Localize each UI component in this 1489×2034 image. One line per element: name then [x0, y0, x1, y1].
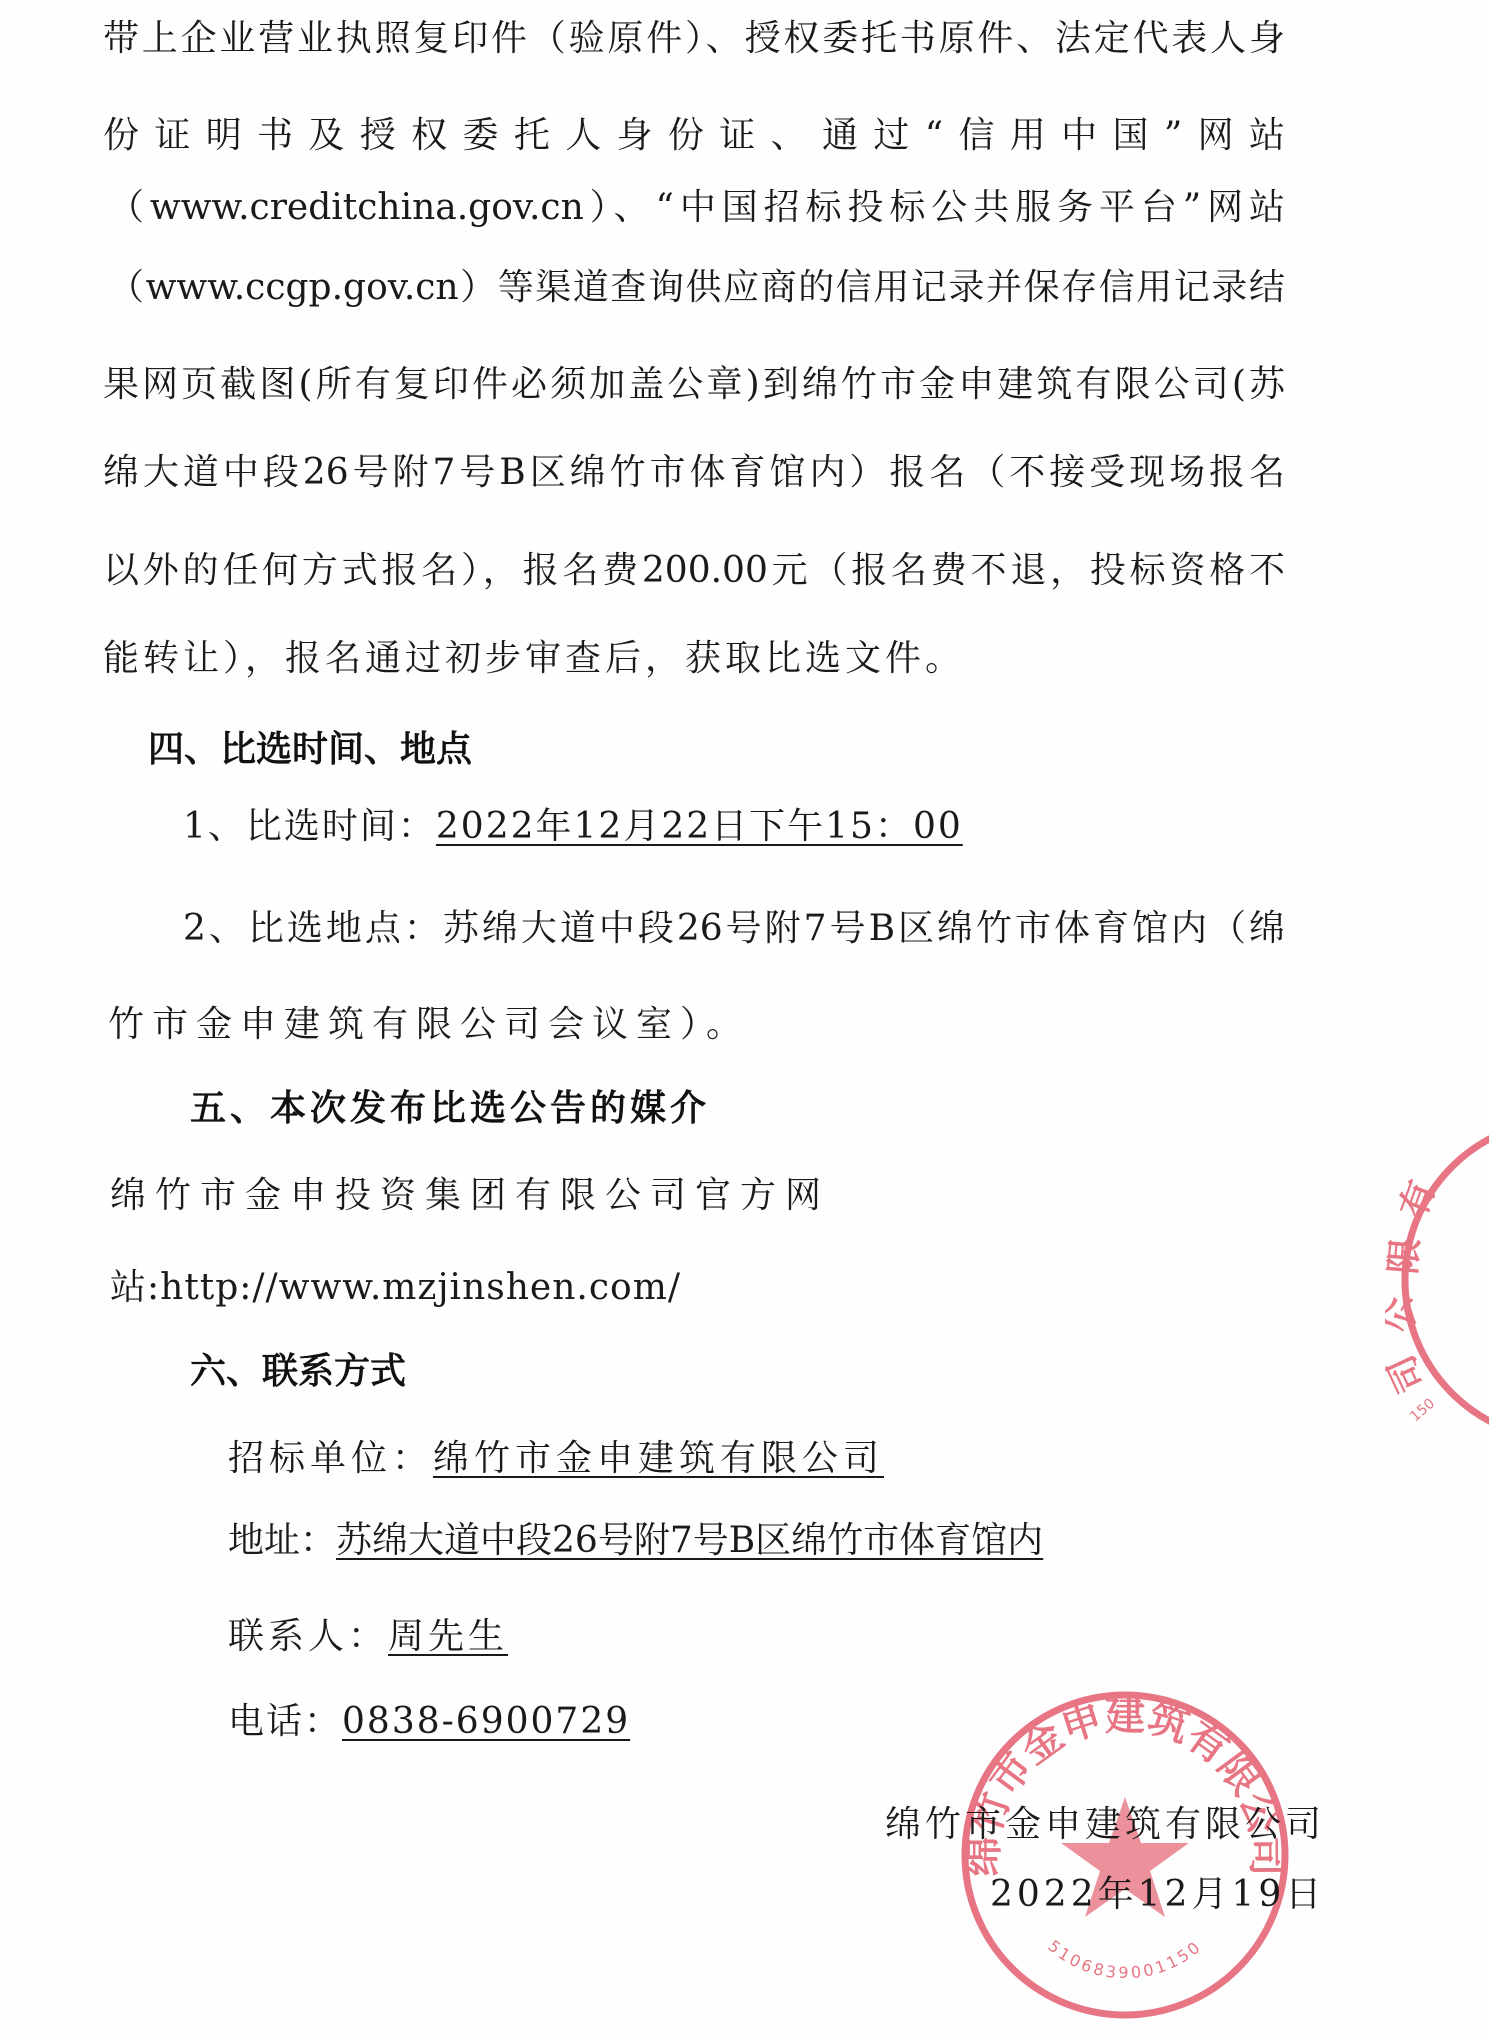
contact-person-label: 联系人： — [228, 1616, 388, 1657]
bid-location-line-cont: 竹市金申建筑有限公司会议室）。 — [108, 1003, 750, 1047]
body-line: 以外的任何方式报名），报名费200.00元（报名费不退，投标资格不 — [103, 549, 1285, 593]
document-page: 带上企业营业执照复印件（验原件）、授权委托书原件、法定代表人身 份证明书及授权委… — [0, 0, 1489, 2034]
contact-address-row: 地址：苏绵大道中段26号附7号B区绵竹市体育馆内 — [228, 1519, 1043, 1563]
body-line: 带上企业营业执照复印件（验原件）、授权委托书原件、法定代表人身 — [103, 17, 1285, 61]
bid-time-value: 2022年12月22日下午15：00 — [436, 806, 963, 847]
svg-text:公: 公 — [1385, 1293, 1424, 1336]
body-line: 绵大道中段26号附7号B区绵竹市体育馆内）报名（不接受现场报名 — [103, 451, 1285, 495]
body-line: （www.ccgp.gov.cn）等渠道查询供应商的信用记录并保存信用记录结 — [108, 266, 1285, 310]
official-seal-icon: 绵竹市金申建筑有限公司 5106839001150 — [955, 1685, 1295, 2025]
body-line: （www.creditchina.gov.cn）、“中国招标投标公共服务平台”网… — [108, 186, 1285, 230]
contact-org-value: 绵竹市金申建筑有限公司 — [433, 1438, 884, 1479]
media-url-line: 站:http://www.mzjinshen.com/ — [110, 1266, 681, 1310]
contact-person-value: 周先生 — [388, 1616, 508, 1657]
bid-time-label: 1、比选时间： — [183, 806, 436, 847]
signature-date: 2022年12月19日 — [990, 1873, 1325, 1917]
body-line: 果网页截图(所有复印件必须加盖公章)到绵竹市金申建筑有限公司(苏 — [103, 363, 1285, 407]
contact-person-row: 联系人：周先生 — [228, 1615, 508, 1659]
section-heading-4: 四、比选时间、地点 — [148, 728, 472, 772]
contact-phone-label: 电话： — [228, 1701, 342, 1742]
svg-text:5106839001150: 5106839001150 — [1044, 1936, 1205, 1982]
signature-company: 绵竹市金申建筑有限公司 — [885, 1803, 1325, 1847]
contact-address-value: 苏绵大道中段26号附7号B区绵竹市体育馆内 — [336, 1520, 1043, 1561]
contact-phone-row: 电话：0838-6900729 — [228, 1700, 630, 1744]
bid-time-row: 1、比选时间：2022年12月22日下午15：00 — [183, 805, 963, 849]
contact-org-label: 招标单位： — [228, 1438, 433, 1479]
svg-text:有: 有 — [1393, 1175, 1444, 1223]
svg-text:绵竹市金申建筑有限公司: 绵竹市金申建筑有限公司 — [961, 1693, 1289, 1876]
section-heading-6: 六、联系方式 — [190, 1350, 406, 1394]
contact-address-label: 地址： — [228, 1520, 336, 1561]
svg-text:150: 150 — [1407, 1396, 1438, 1425]
body-line: 能转让），报名通过初步审查后，获取比选文件。 — [103, 637, 965, 681]
media-line: 绵竹市金申投资集团有限公司官方网 — [110, 1174, 830, 1218]
bid-location-line: 2、比选地点：苏绵大道中段26号附7号B区绵竹市体育馆内（绵 — [183, 907, 1285, 951]
contact-phone-value: 0838-6900729 — [342, 1701, 630, 1742]
svg-text:限: 限 — [1385, 1236, 1427, 1275]
section-heading-5: 五、本次发布比选公告的媒介 — [190, 1087, 710, 1131]
side-seal-icon: 有 限 公 司 150 — [1385, 1110, 1489, 1450]
body-line: 份证明书及授权委托人身份证、通过“信用中国”网站 — [103, 114, 1285, 158]
contact-org-row: 招标单位：绵竹市金申建筑有限公司 — [228, 1437, 884, 1481]
svg-text:司: 司 — [1385, 1349, 1433, 1399]
